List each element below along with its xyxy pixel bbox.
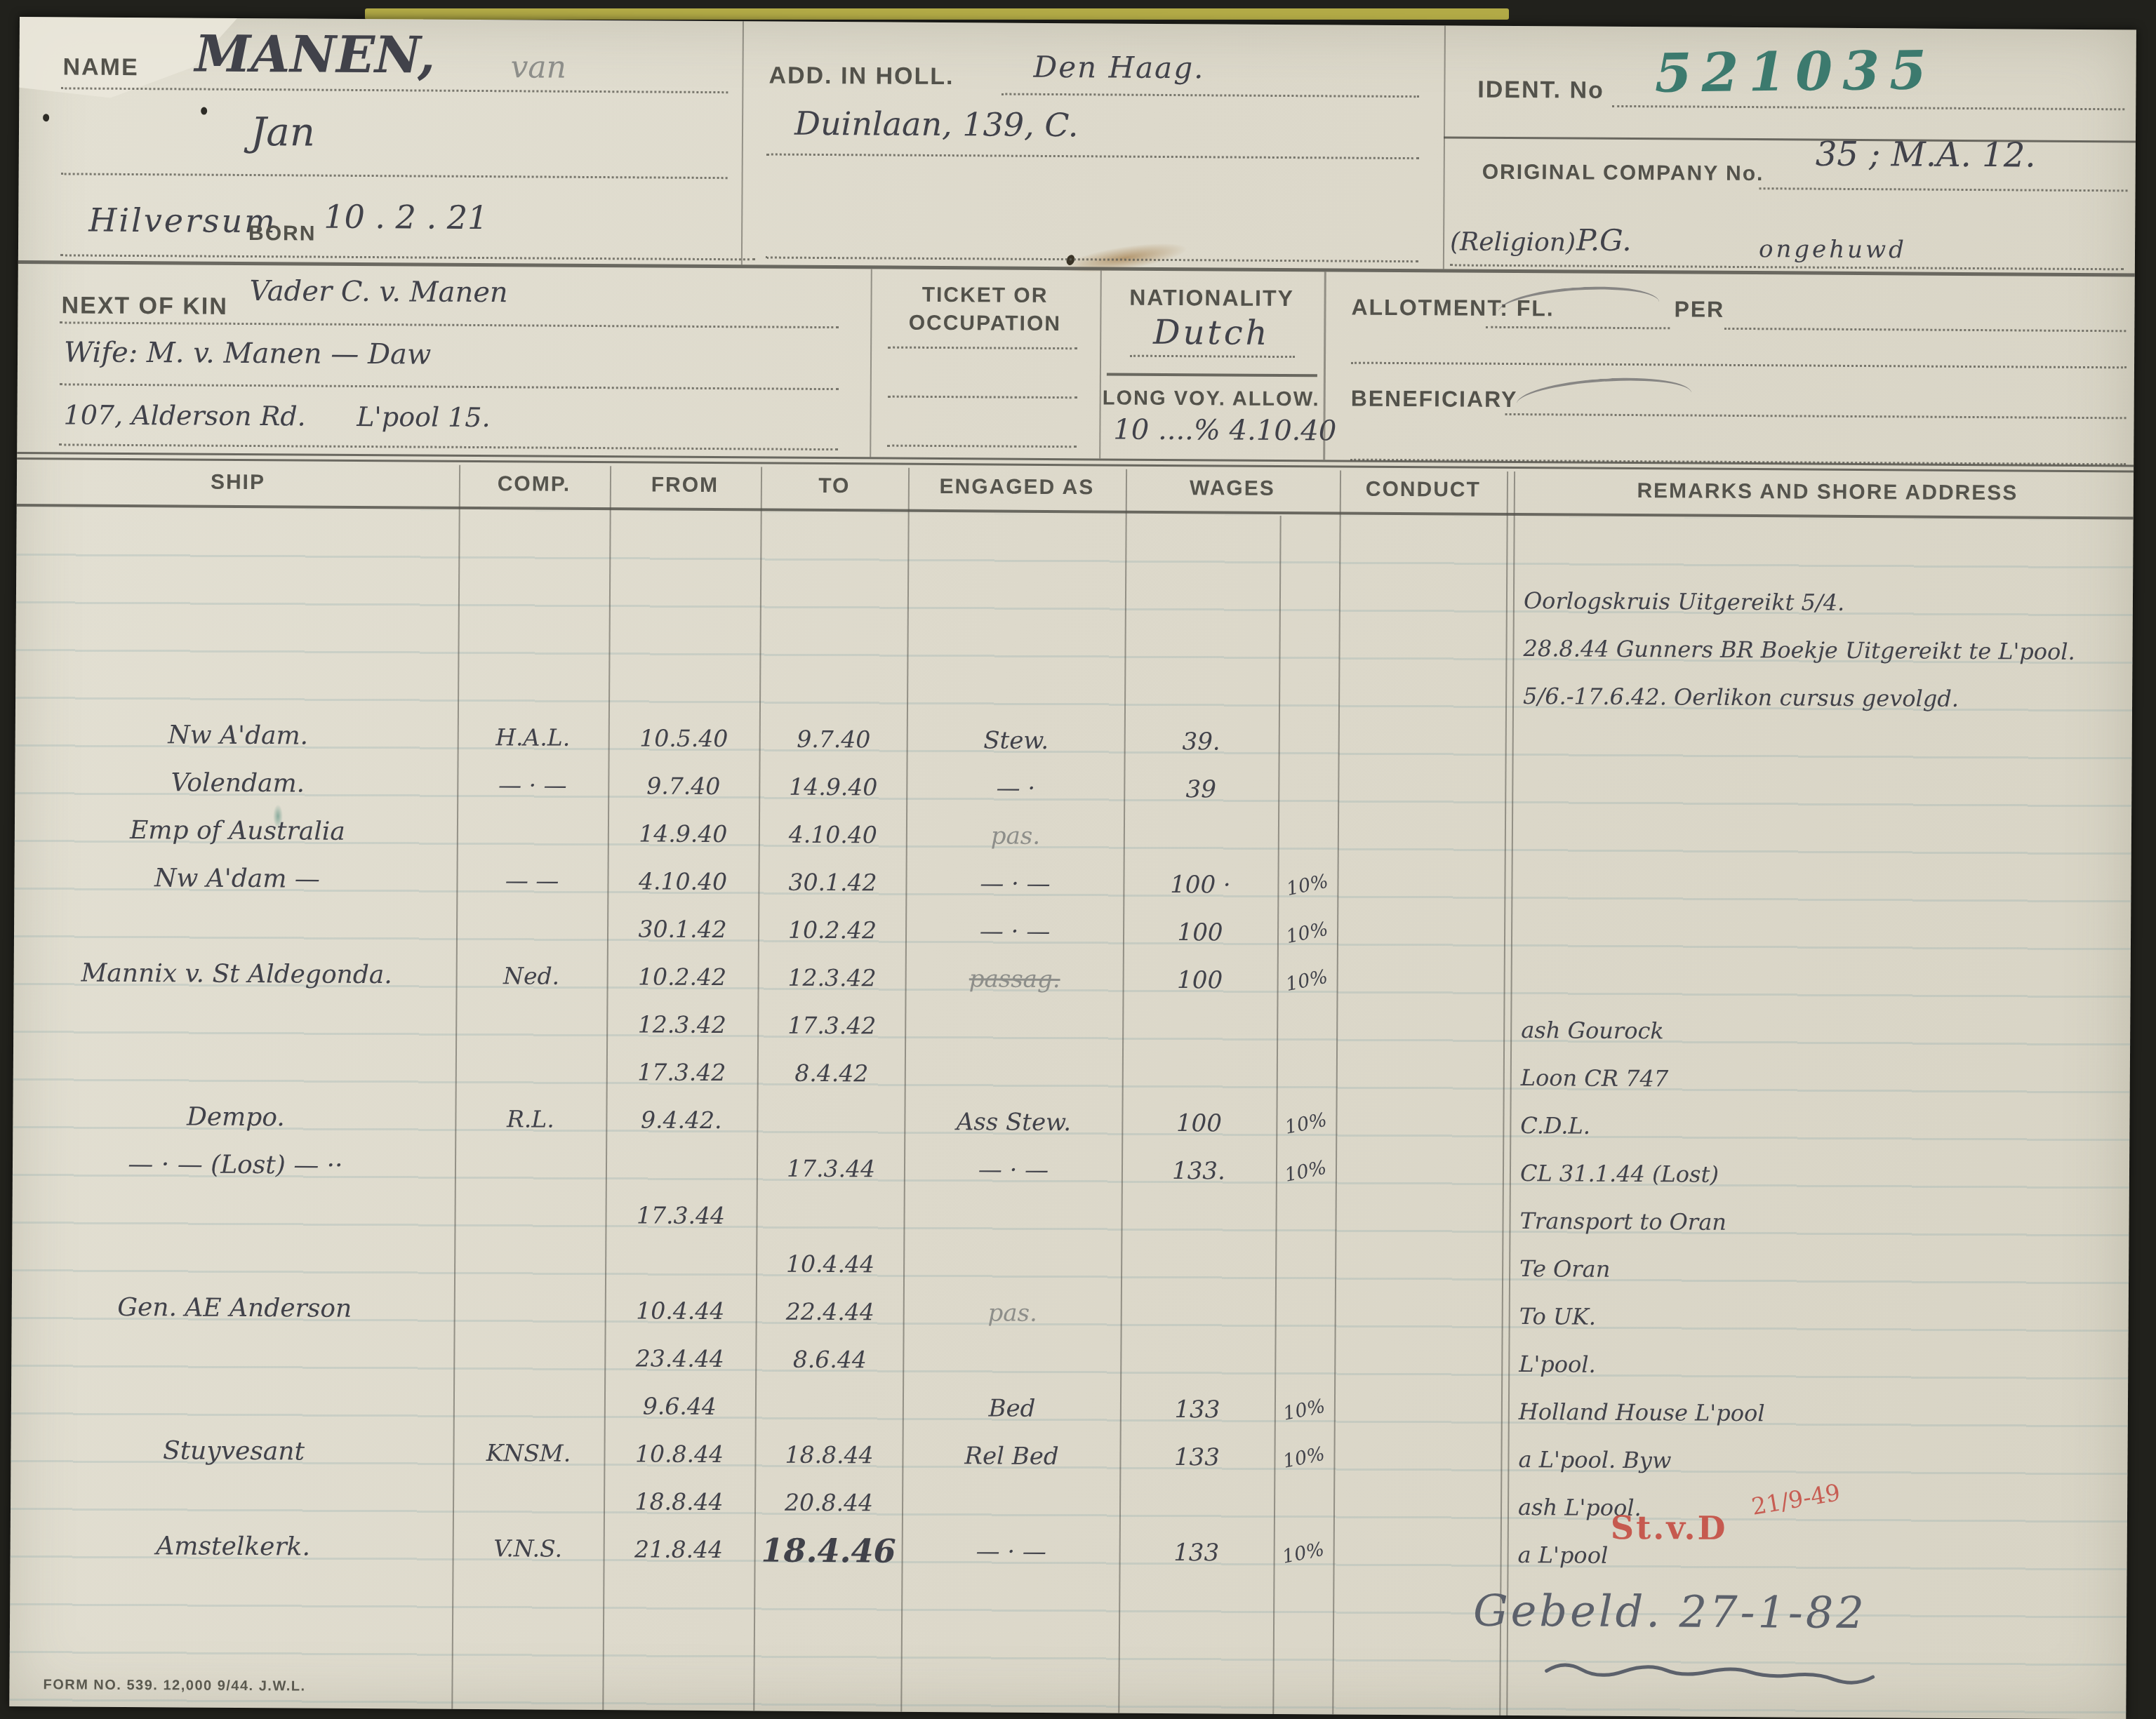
- engaged-cell: — · —: [907, 907, 1123, 956]
- from-cell: 14.9.40: [608, 810, 759, 858]
- from-cell: 12.3.42: [606, 1001, 757, 1049]
- ship-cell: Volendam.: [29, 758, 446, 809]
- wages-cell: 100: [1122, 956, 1277, 1005]
- to-cell: [755, 1383, 904, 1431]
- wages-cell: [1124, 622, 1279, 671]
- to-cell: [756, 1192, 905, 1240]
- wages-cell: 100: [1123, 909, 1277, 957]
- to-cell: 18.8.44: [754, 1431, 903, 1479]
- comp-cell: [455, 1000, 606, 1048]
- ship-cell: [28, 902, 446, 952]
- from-cell: [609, 571, 760, 620]
- from-cell: [606, 1144, 757, 1192]
- conduct-cell: [1338, 1005, 1503, 1054]
- remark-cell: Loon CR 747: [1521, 1054, 2124, 1105]
- to-cell: 14.9.40: [759, 763, 907, 811]
- comp-cell: Ned.: [455, 952, 606, 1001]
- engaged-cell: [909, 573, 1125, 622]
- from-cell: 17.3.42: [606, 1048, 757, 1097]
- remark-cell: Te Oran: [1519, 1245, 2123, 1296]
- comp-cell: H.A.L.: [458, 714, 608, 762]
- phoned-note: Gebeld. 27-1-82: [1473, 1585, 1867, 1638]
- conduct-cell: [1340, 576, 1506, 624]
- from-cell: 10.2.42: [606, 953, 757, 1001]
- conduct-cell: [1340, 719, 1505, 768]
- comp-cell: [454, 1286, 605, 1335]
- conduct-cell: [1338, 958, 1503, 1006]
- comp-cell: [458, 666, 608, 714]
- comp-cell: [455, 1048, 606, 1096]
- conduct-cell: [1334, 1530, 1500, 1578]
- engaged-cell: [908, 621, 1124, 670]
- remark-cell: CL 31.1.44 (Lost): [1520, 1149, 2124, 1200]
- conduct-cell: [1340, 671, 1505, 720]
- ship-cell: Stuyvesant: [25, 1426, 442, 1477]
- ship-cell: [26, 1236, 444, 1286]
- conduct-cell: [1336, 1243, 1502, 1292]
- comp-cell: — · —: [457, 761, 608, 810]
- from-cell: 9.4.42.: [606, 1096, 757, 1144]
- to-cell: [757, 1097, 905, 1145]
- ship-cell: [29, 615, 447, 666]
- wages-cell: [1124, 670, 1279, 718]
- wages-cell: [1125, 575, 1279, 623]
- wages-cell: 133.: [1122, 1147, 1276, 1196]
- conduct-cell: [1336, 1386, 1501, 1435]
- from-cell: 10.8.44: [604, 1430, 754, 1478]
- to-cell: 8.4.42: [757, 1049, 906, 1097]
- comp-cell: KNSM.: [453, 1429, 604, 1478]
- comp-cell: [455, 1143, 606, 1191]
- wages-cell: [1121, 1290, 1275, 1339]
- from-cell: 17.3.44: [605, 1191, 756, 1240]
- engaged-cell: [904, 1337, 1120, 1386]
- conduct-cell: [1338, 1052, 1503, 1101]
- from-cell: 4.10.40: [607, 857, 758, 906]
- ship-cell: [25, 1379, 443, 1429]
- ship-cell: [27, 997, 445, 1048]
- remark-cell: L'pool.: [1519, 1340, 2122, 1391]
- from-cell: [608, 667, 759, 715]
- remark-cell: [1522, 911, 2125, 962]
- wages-cell: [1124, 813, 1278, 862]
- from-cell: 18.8.44: [604, 1478, 754, 1526]
- remark-cell: Holland House L'pool: [1519, 1388, 2122, 1439]
- ship-cell: [29, 663, 447, 714]
- remark-cell: C.D.L.: [1520, 1102, 2124, 1153]
- engaged-cell: [906, 1050, 1122, 1099]
- from-cell: 23.4.44: [604, 1335, 755, 1383]
- comp-cell: [453, 1477, 604, 1525]
- comp-cell: R.L.: [455, 1095, 606, 1144]
- conduct-cell: [1340, 624, 1505, 672]
- engaged-cell: Bed: [904, 1384, 1120, 1433]
- engaged-cell: [906, 1003, 1122, 1052]
- comp-cell: [457, 809, 608, 857]
- comp-cell: V.N.S.: [452, 1525, 603, 1573]
- wages-cell: [1119, 1481, 1274, 1530]
- from-cell: 30.1.42: [607, 905, 758, 954]
- to-cell: 9.7.40: [759, 715, 908, 763]
- from-cell: [605, 1239, 756, 1287]
- engaged-cell: [903, 1480, 1119, 1529]
- wages-cell: 39.: [1124, 718, 1279, 766]
- ship-cell: [25, 1331, 443, 1382]
- from-cell: 10.4.44: [605, 1287, 756, 1335]
- to-cell: [759, 667, 908, 716]
- to-cell: 12.3.42: [757, 954, 906, 1002]
- engaged-cell: [905, 1241, 1121, 1290]
- ship-cell: Amstelkerk.: [24, 1522, 441, 1572]
- conduct-cell: [1335, 1434, 1500, 1483]
- engaged-cell: Ass Stew.: [905, 1098, 1122, 1147]
- to-cell: 30.1.42: [758, 858, 907, 907]
- percent-cell: 10%: [1270, 1524, 1338, 1583]
- engaged-cell: — · —: [905, 1146, 1122, 1195]
- ship-cell: Dempo.: [27, 1092, 444, 1143]
- remark-cell: Transport to Oran: [1519, 1197, 2123, 1248]
- engaged-cell: — · —: [903, 1527, 1119, 1577]
- remark-cell: 28.8.44 Gunners BR Boekje Uitgereikt te …: [1523, 624, 2127, 676]
- remark-cell: [1522, 768, 2126, 819]
- from-cell: 9.6.44: [604, 1382, 755, 1431]
- ship-cell: [26, 1188, 444, 1238]
- conduct-cell: [1337, 1100, 1503, 1149]
- comp-cell: [454, 1238, 605, 1287]
- wages-cell: 133: [1119, 1529, 1273, 1577]
- to-cell: 17.3.44: [757, 1144, 905, 1193]
- remark-cell: a L'pool. Byw: [1518, 1436, 2122, 1487]
- engaged-cell: — ·: [907, 764, 1124, 813]
- ship-cell: Nw A'dam.: [29, 711, 447, 761]
- ship-cell: [25, 1474, 442, 1525]
- remark-cell: [1522, 863, 2125, 914]
- conduct-cell: [1335, 1482, 1500, 1530]
- voyage-rows: Oorlogskruis Uitgereikt 5/4. 28.8.44 Gun…: [9, 17, 2136, 1719]
- ship-cell: Nw A'dam —: [28, 854, 446, 904]
- conduct-cell: [1336, 1196, 1502, 1244]
- wages-cell: [1120, 1338, 1275, 1386]
- to-cell: 20.8.44: [754, 1478, 903, 1527]
- from-cell: [608, 619, 759, 667]
- to-cell: 17.3.42: [757, 1001, 906, 1050]
- from-cell: 21.8.44: [603, 1525, 754, 1574]
- wages-cell: 39: [1124, 765, 1278, 814]
- remark-cell: Oorlogskruis Uitgereikt 5/4.: [1524, 577, 2127, 628]
- wages-cell: [1121, 1195, 1275, 1243]
- ship-cell: Emp of Australia: [29, 806, 446, 857]
- remark-cell: [1523, 720, 2127, 771]
- comp-cell: [453, 1382, 604, 1430]
- wages-cell: 133: [1119, 1433, 1274, 1482]
- card-behind-edge: [365, 8, 1509, 20]
- ship-cell: Mannix v. St Aldegonda.: [27, 949, 445, 1000]
- engaged-cell: passag.: [906, 955, 1122, 1004]
- ship-cell: Gen. AE Anderson: [26, 1283, 444, 1334]
- conduct-cell: [1338, 910, 1504, 958]
- comp-cell: [453, 1334, 604, 1382]
- conduct-cell: [1336, 1291, 1502, 1339]
- from-cell: 10.5.40: [608, 714, 759, 763]
- comp-cell: [458, 570, 609, 619]
- from-cell: 9.7.40: [608, 762, 759, 810]
- conduct-cell: [1338, 862, 1504, 911]
- remark-cell: To UK.: [1519, 1292, 2123, 1344]
- seaman-record-card: NAME MANEN, van Jan Hilversum BORN 10 . …: [9, 17, 2136, 1719]
- office-stamp: St.v.D: [1611, 1509, 1728, 1547]
- to-cell: 18.4.46: [754, 1526, 903, 1574]
- ship-cell: — · — (Lost) — ··: [27, 1140, 444, 1191]
- wages-cell: [1122, 1052, 1277, 1100]
- to-cell: 10.4.44: [756, 1240, 905, 1288]
- conduct-cell: [1336, 1339, 1501, 1387]
- conduct-cell: [1339, 767, 1505, 815]
- remark-cell: a L'pool: [1517, 1531, 2121, 1582]
- ship-cell: [30, 568, 448, 618]
- to-cell: 10.2.42: [758, 906, 907, 954]
- wages-cell: 100: [1122, 1099, 1276, 1148]
- engaged-cell: — · —: [907, 859, 1123, 909]
- to-cell: [760, 572, 909, 620]
- to-cell: 22.4.44: [756, 1287, 905, 1336]
- squiggle-underline: [1540, 1655, 1919, 1685]
- ship-cell: [27, 1045, 445, 1095]
- wages-cell: [1121, 1243, 1275, 1291]
- comp-cell: [454, 1191, 605, 1239]
- remark-cell: [1522, 815, 2126, 867]
- wages-cell: [1122, 1004, 1277, 1052]
- wages-cell: 100 ·: [1123, 861, 1277, 909]
- engaged-cell: Stew.: [908, 716, 1124, 765]
- engaged-cell: [905, 1193, 1121, 1243]
- conduct-cell: [1339, 815, 1505, 863]
- engaged-cell: pas.: [907, 812, 1124, 861]
- comp-cell: [458, 618, 608, 667]
- to-cell: 8.6.44: [755, 1335, 904, 1384]
- remark-cell: 5/6.-17.6.42. Oerlikon cursus gevolgd.: [1523, 672, 2127, 723]
- comp-cell: [456, 904, 607, 953]
- engaged-cell: [908, 669, 1124, 718]
- to-cell: 4.10.40: [759, 810, 907, 859]
- comp-cell: — —: [456, 857, 607, 905]
- form-number: FORM NO. 539. 12,000 9/44. J.W.L.: [43, 1677, 305, 1694]
- to-cell: [759, 620, 908, 668]
- conduct-cell: [1337, 1148, 1503, 1196]
- wages-cell: 133: [1120, 1386, 1275, 1434]
- engaged-cell: pas.: [905, 1289, 1121, 1338]
- remark-cell: ash Gourock: [1521, 1006, 2124, 1057]
- engaged-cell: Rel Bed: [903, 1432, 1119, 1481]
- remark-cell: [1521, 958, 2124, 1010]
